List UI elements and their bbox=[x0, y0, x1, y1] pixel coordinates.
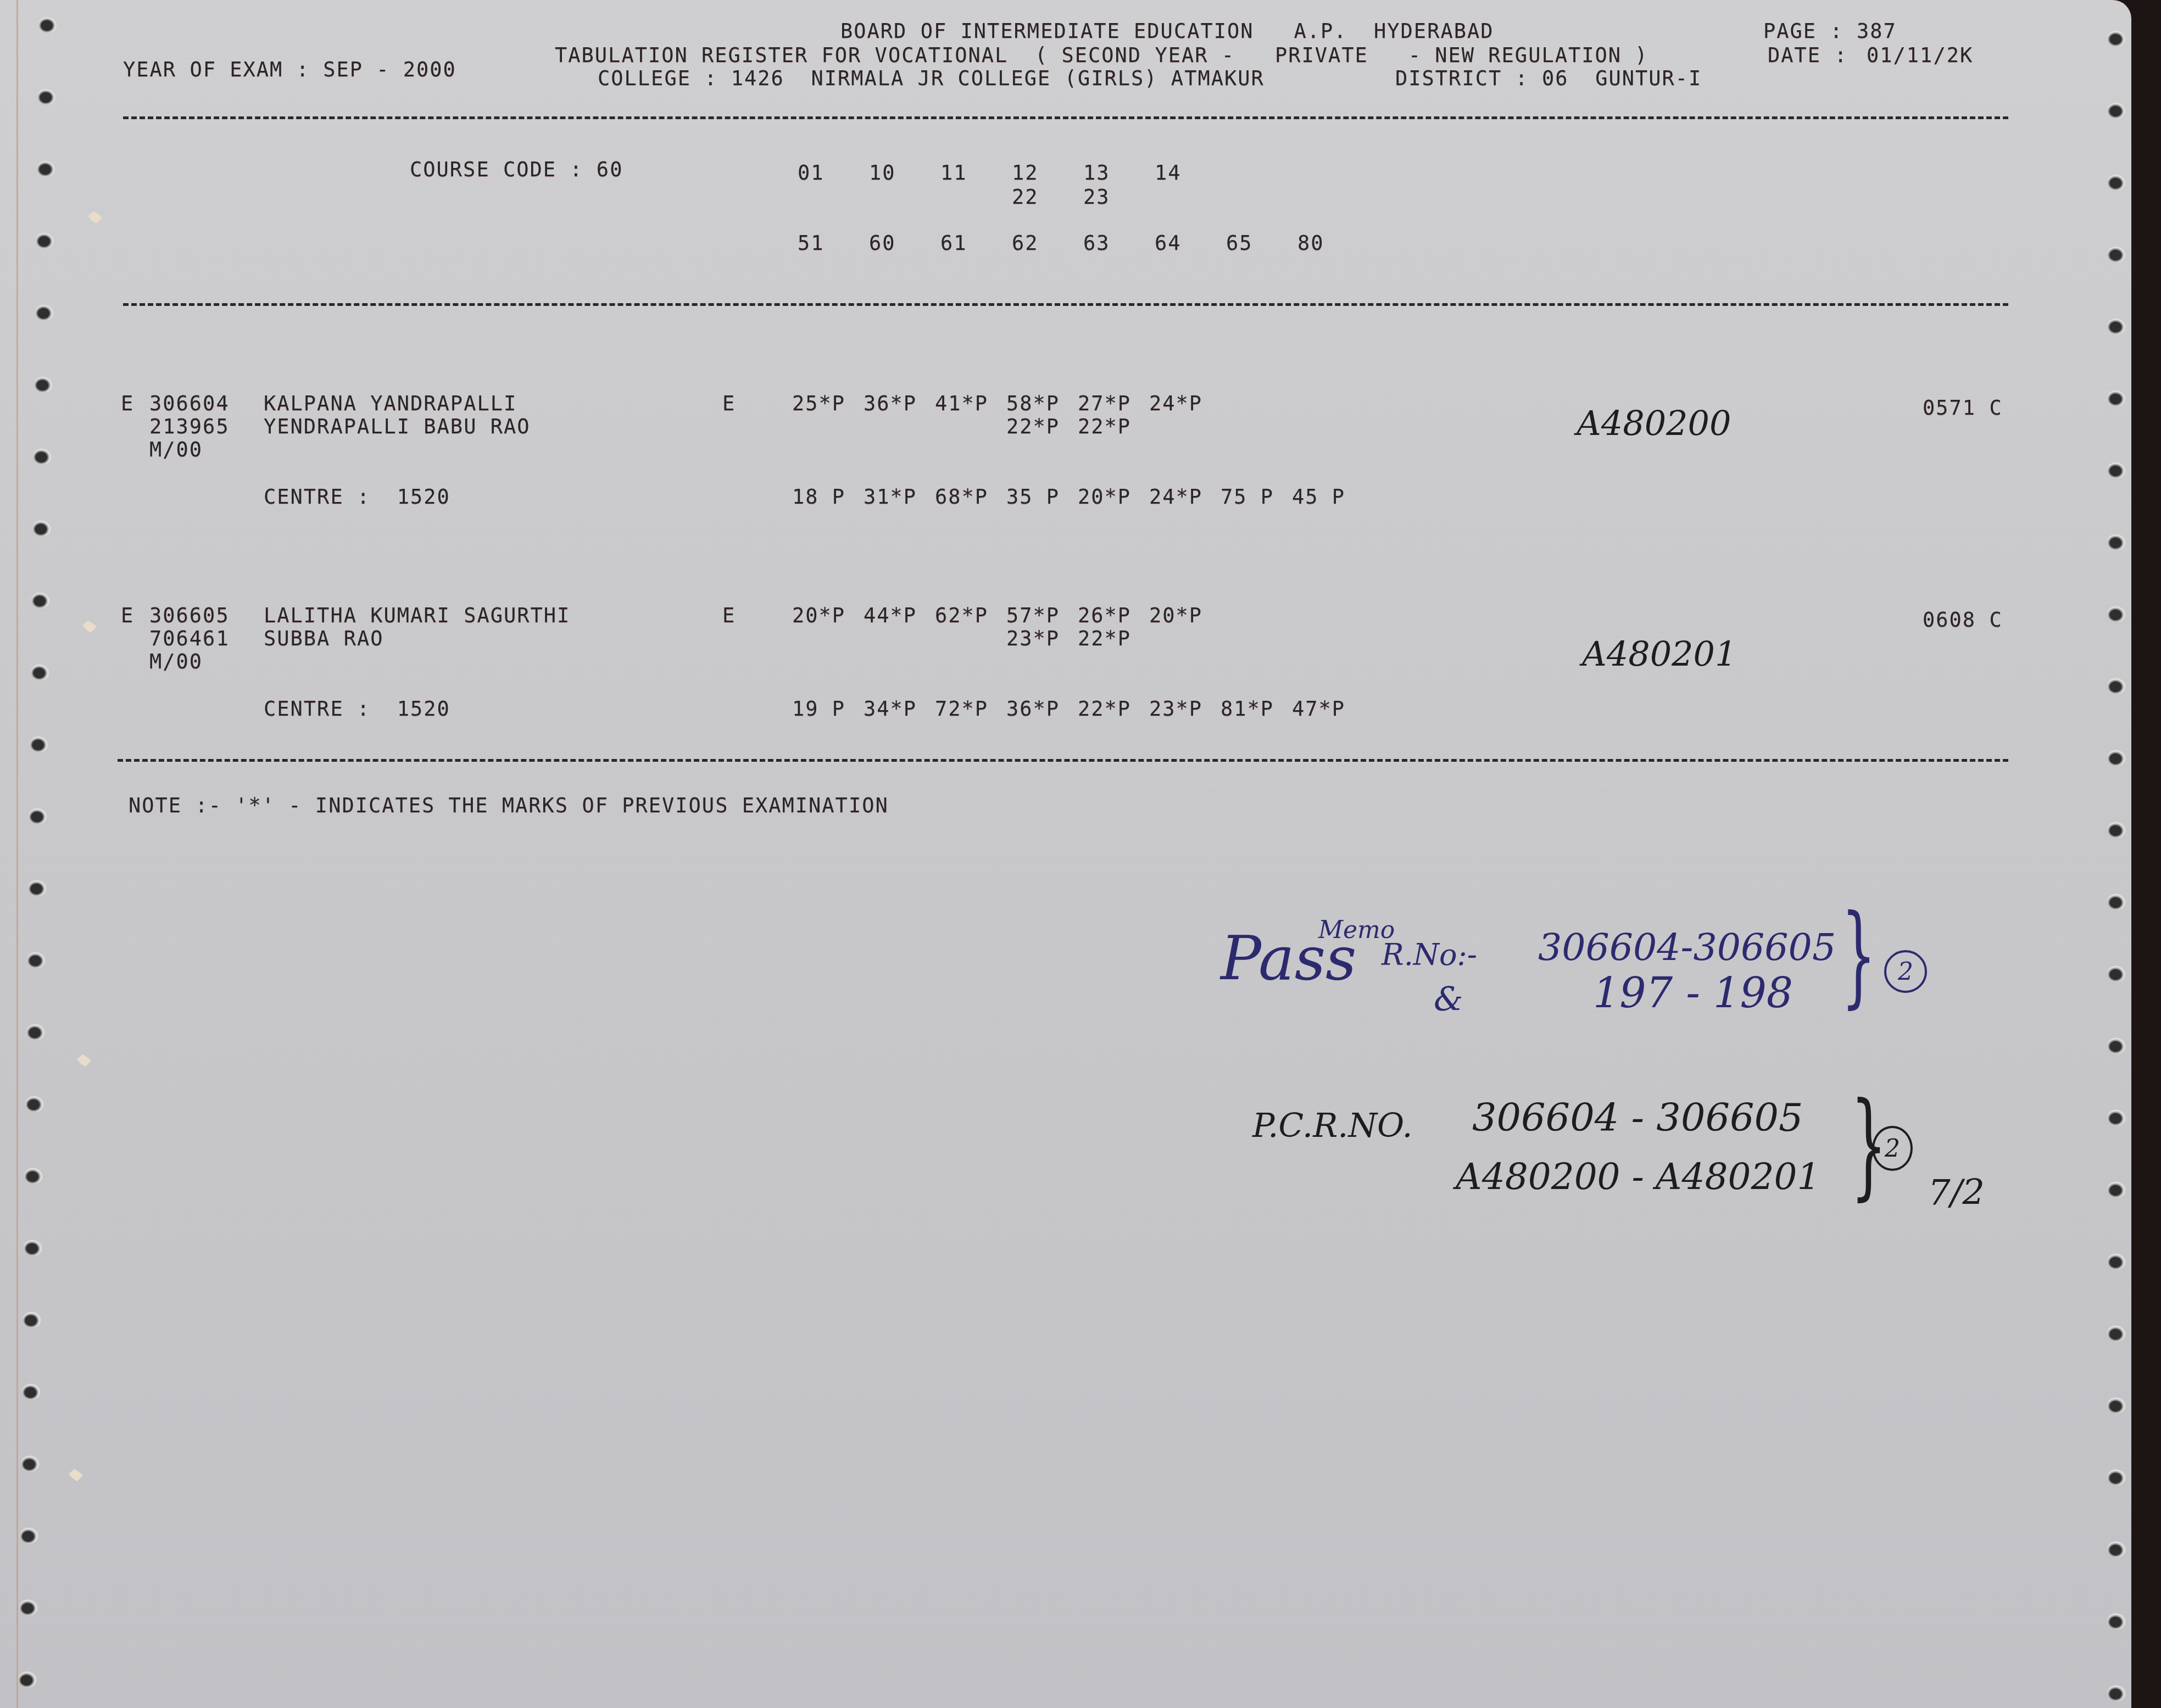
total-and-result: 0608 C bbox=[1923, 610, 2003, 630]
subject-mark: 35 P bbox=[1006, 487, 1060, 507]
feed-hole bbox=[25, 1096, 44, 1112]
subject-mark: 23*P bbox=[1006, 628, 1060, 649]
register-title: TABULATION REGISTER FOR VOCATIONAL ( SEC… bbox=[555, 45, 1648, 65]
torn-hole-mark bbox=[77, 1054, 91, 1067]
subject-mark: 34*P bbox=[864, 699, 917, 719]
separator-line bbox=[118, 759, 2008, 762]
torn-hole-mark bbox=[88, 211, 102, 224]
reference-number: 706461 bbox=[149, 628, 230, 649]
feed-hole bbox=[2107, 822, 2126, 838]
subject-mark: 22*P bbox=[1078, 628, 1131, 649]
subject-mark: 62*P bbox=[935, 605, 988, 626]
feed-hole bbox=[37, 160, 55, 177]
separator-line bbox=[123, 116, 2008, 119]
subject-code: 22 bbox=[1012, 187, 1039, 207]
subject-code: 13 bbox=[1083, 163, 1110, 183]
subject-code: 80 bbox=[1297, 233, 1324, 253]
student-name: LALITHA KUMARI SAGURTHI bbox=[264, 605, 570, 626]
subject-mark: 27*P bbox=[1078, 393, 1131, 414]
subject-code: 23 bbox=[1083, 187, 1110, 207]
exam-centre: CENTRE : 1520 bbox=[264, 699, 450, 719]
feed-hole bbox=[2107, 1037, 2126, 1054]
feed-hole bbox=[33, 448, 52, 465]
initials: 7/2 bbox=[1928, 1175, 1985, 1210]
category-code: M/00 bbox=[149, 651, 203, 672]
board-title: BOARD OF INTERMEDIATE EDUCATION A.P. HYD… bbox=[840, 21, 1494, 41]
page-label: PAGE : bbox=[1763, 21, 1843, 41]
feed-hole bbox=[2107, 1109, 2126, 1126]
subject-code: 12 bbox=[1012, 163, 1039, 183]
subject-mark: 19 P bbox=[792, 699, 845, 719]
feed-hole bbox=[37, 88, 56, 105]
feed-hole bbox=[2107, 1253, 2126, 1270]
feed-hole bbox=[38, 16, 57, 33]
feed-hole bbox=[2107, 1181, 2126, 1198]
subject-mark: 75 P bbox=[1221, 487, 1274, 507]
total-and-result: 0571 C bbox=[1923, 398, 2003, 418]
subject-mark: 44*P bbox=[864, 605, 917, 626]
subject-code: 14 bbox=[1155, 163, 1182, 183]
feed-hole bbox=[2107, 1469, 2126, 1486]
subject-code: 60 bbox=[869, 233, 896, 253]
course-code: COURSE CODE : 60 bbox=[410, 159, 623, 180]
father-name: SUBBA RAO bbox=[264, 628, 383, 649]
subject-code: 62 bbox=[1012, 233, 1039, 253]
feed-hole bbox=[2107, 606, 2126, 622]
subject-code: 64 bbox=[1155, 233, 1182, 253]
subject-mark: 18 P bbox=[792, 487, 845, 507]
feed-hole bbox=[2107, 1325, 2126, 1342]
memo-range: 306604-306605 bbox=[1538, 929, 1836, 967]
feed-hole bbox=[2107, 30, 2126, 47]
feed-hole bbox=[2107, 965, 2126, 982]
pcr-sub-range: A480200 - A480201 bbox=[1456, 1159, 1820, 1195]
footnote: NOTE :- '*' - INDICATES THE MARKS OF PRE… bbox=[129, 795, 889, 816]
torn-hole-mark bbox=[69, 1469, 83, 1481]
subject-code: 63 bbox=[1083, 233, 1110, 253]
subject-mark: 68*P bbox=[935, 487, 988, 507]
medium-code: E bbox=[722, 605, 736, 626]
subject-mark: 26*P bbox=[1078, 605, 1131, 626]
separator-line bbox=[123, 303, 2008, 306]
feed-hole bbox=[32, 520, 51, 537]
subject-mark: 57*P bbox=[1006, 605, 1060, 626]
page-number: 387 bbox=[1857, 21, 1897, 41]
feed-hole bbox=[2107, 462, 2126, 478]
pcr-range: 306604 - 306605 bbox=[1472, 1098, 1803, 1137]
handwritten-memo-number: A480200 bbox=[1577, 406, 1731, 440]
pcr-label: P.C.R.NO. bbox=[1252, 1109, 1413, 1142]
roll-number: 306604 bbox=[149, 393, 230, 414]
memo-label: R.No:- bbox=[1382, 940, 1477, 970]
feed-hole bbox=[28, 880, 47, 896]
year-of-exam: YEAR OF EXAM : SEP - 2000 bbox=[123, 59, 456, 80]
feed-hole bbox=[30, 736, 48, 752]
exam-prefix: E bbox=[121, 605, 134, 626]
feed-hole bbox=[18, 1671, 37, 1688]
subject-mark: 22*P bbox=[1078, 699, 1131, 719]
subject-mark: 24*P bbox=[1149, 487, 1202, 507]
exam-centre: CENTRE : 1520 bbox=[264, 487, 450, 507]
subject-mark: 22*P bbox=[1078, 416, 1131, 437]
student-name: KALPANA YANDRAPALLI bbox=[264, 393, 517, 414]
memo-ampersand: & bbox=[1434, 983, 1463, 1016]
feed-hole bbox=[35, 304, 54, 321]
feed-hole bbox=[27, 952, 46, 968]
feed-hole bbox=[34, 376, 53, 393]
feed-hole bbox=[36, 232, 54, 249]
count-circle: 2 bbox=[1884, 950, 1927, 993]
subject-code: 51 bbox=[798, 233, 825, 253]
subject-mark: 22*P bbox=[1006, 416, 1060, 437]
feed-hole bbox=[26, 1024, 45, 1040]
feed-hole bbox=[2107, 1397, 2126, 1414]
feed-hole bbox=[2107, 1613, 2126, 1629]
subject-mark: 47*P bbox=[1292, 699, 1345, 719]
subject-code: 10 bbox=[869, 163, 896, 183]
subject-mark: 81*P bbox=[1221, 699, 1274, 719]
feed-hole bbox=[2107, 102, 2126, 119]
subject-code: 61 bbox=[940, 233, 967, 253]
feed-hole bbox=[2107, 894, 2126, 910]
subject-mark: 36*P bbox=[864, 393, 917, 414]
memo-sub-range: 197 - 198 bbox=[1593, 972, 1793, 1014]
torn-hole-mark bbox=[82, 621, 97, 633]
exam-prefix: E bbox=[121, 393, 134, 414]
date-label: DATE : bbox=[1768, 45, 1848, 65]
bracket-mark: } bbox=[1841, 901, 1876, 1011]
tabulation-register-page: BOARD OF INTERMEDIATE EDUCATION A.P. HYD… bbox=[0, 0, 2131, 1708]
feed-hole bbox=[2107, 390, 2126, 406]
feed-hole bbox=[23, 1311, 41, 1328]
count-circle: 2 bbox=[1872, 1126, 1913, 1171]
feed-hole bbox=[31, 664, 49, 680]
subject-mark: 20*P bbox=[1078, 487, 1131, 507]
reference-number: 213965 bbox=[149, 416, 230, 437]
feed-hole bbox=[2107, 534, 2126, 550]
subject-code: 65 bbox=[1226, 233, 1253, 253]
subject-mark: 36*P bbox=[1006, 699, 1060, 719]
feed-hole bbox=[2107, 246, 2126, 263]
feed-hole bbox=[19, 1599, 38, 1616]
feed-hole bbox=[22, 1383, 41, 1400]
subject-code: 11 bbox=[940, 163, 967, 183]
subject-code: 01 bbox=[798, 163, 825, 183]
subject-mark: 20*P bbox=[1149, 605, 1202, 626]
feed-hole bbox=[24, 1168, 43, 1184]
subject-mark: 58*P bbox=[1006, 393, 1060, 414]
subject-mark: 20*P bbox=[792, 605, 845, 626]
subject-mark: 31*P bbox=[864, 487, 917, 507]
subject-mark: 41*P bbox=[935, 393, 988, 414]
category-code: M/00 bbox=[149, 439, 203, 460]
feed-hole bbox=[2107, 1685, 2126, 1701]
feed-hole bbox=[2107, 1541, 2126, 1558]
feed-hole bbox=[2107, 750, 2126, 766]
subject-mark: 24*P bbox=[1149, 393, 1202, 414]
college-info: COLLEGE : 1426 NIRMALA JR COLLEGE (GIRLS… bbox=[598, 68, 1265, 88]
district-info: DISTRICT : 06 GUNTUR-I bbox=[1395, 68, 1702, 88]
subject-mark: 25*P bbox=[792, 393, 845, 414]
subject-mark: 45 P bbox=[1292, 487, 1345, 507]
feed-hole bbox=[21, 1455, 40, 1472]
date-value: 01/11/2K bbox=[1867, 45, 1973, 65]
feed-hole bbox=[20, 1527, 38, 1544]
feed-hole bbox=[2107, 318, 2126, 334]
feed-hole bbox=[31, 592, 50, 609]
feed-hole bbox=[2107, 174, 2126, 191]
subject-mark: 23*P bbox=[1149, 699, 1202, 719]
feed-hole bbox=[29, 808, 47, 824]
roll-number: 306605 bbox=[149, 605, 230, 626]
subject-mark: 72*P bbox=[935, 699, 988, 719]
feed-hole bbox=[2107, 678, 2126, 694]
medium-code: E bbox=[722, 393, 736, 414]
feed-hole bbox=[24, 1240, 42, 1256]
father-name: YENDRAPALLI BABU RAO bbox=[264, 416, 531, 437]
handwritten-memo-number: A480201 bbox=[1582, 637, 1736, 671]
